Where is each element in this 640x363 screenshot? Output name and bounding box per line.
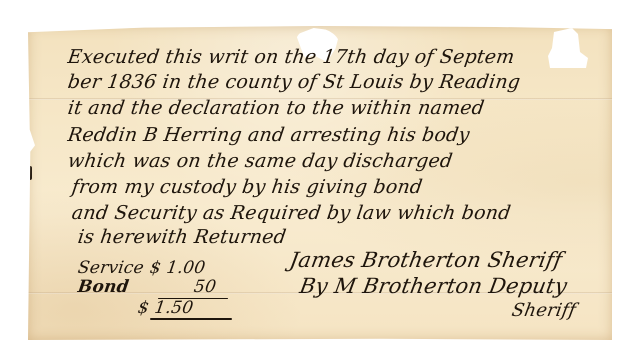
signature-title: Sheriff: [510, 300, 577, 321]
fee-service-label: Service: [77, 258, 146, 278]
text-line-5: which was on the same day discharged: [66, 150, 454, 172]
signature-sheriff: James Brotherton Sheriff: [288, 248, 564, 272]
text-line-7: and Security as Required by law which bo…: [70, 202, 512, 224]
text-line-8: is herewith Returned: [76, 226, 287, 248]
text-line-1: Executed this writ on the 17th day of Se…: [66, 46, 516, 68]
signature-deputy: By M Brotherton Deputy: [298, 274, 569, 298]
text-line-3: it and the declaration to the within nam…: [66, 97, 485, 119]
text-line-4: Reddin B Herring and arresting his body: [66, 124, 471, 146]
fee-service-amount: $ 1.00: [149, 258, 207, 278]
ink-blot: [28, 166, 32, 180]
paper-hole: [548, 28, 588, 68]
text-line-6: from my custody by his giving bond: [70, 176, 423, 198]
total-underline: [150, 318, 232, 320]
fee-bond-label: Bond: [77, 277, 131, 297]
document-paper: Executed this writ on the 17th day of Se…: [28, 26, 612, 340]
fee-total: $ 1.50: [137, 298, 195, 318]
fee-bond-amount: 50: [193, 277, 218, 297]
text-line-2: ber 1836 in the county of St Louis by Re…: [66, 71, 521, 93]
